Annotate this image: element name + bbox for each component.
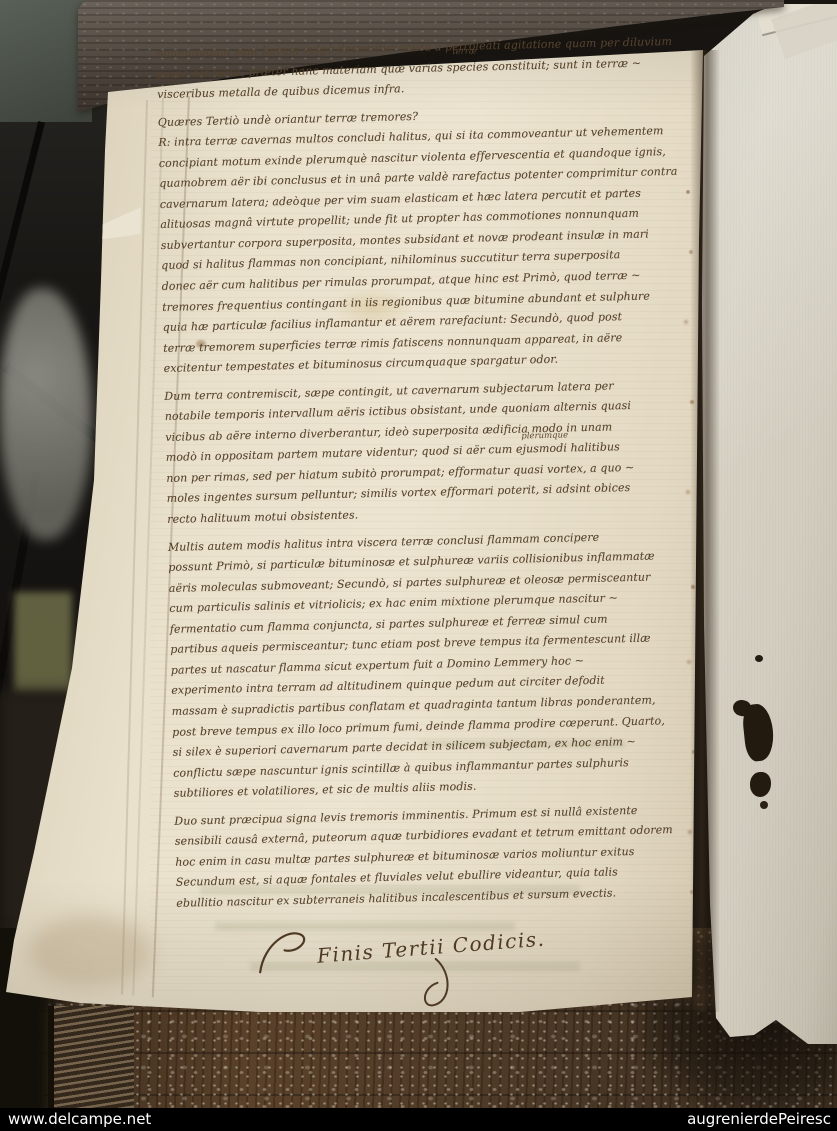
ink-blotch <box>741 703 776 763</box>
interlinear-word: terræ <box>452 46 477 57</box>
ink-blotch <box>760 801 768 809</box>
ink-blotch <box>755 655 763 662</box>
watermark-seller-text: augrenierdePeiresc <box>687 1108 831 1131</box>
colophon-block: Finis Tertii Codicis. <box>253 902 589 1017</box>
watermark-bar: www.delcampe.net augrenierdePeiresc <box>0 1108 837 1131</box>
colophon-flourish <box>416 955 462 1012</box>
watermark-site-text: www.delcampe.net <box>8 1108 151 1131</box>
background-plastic-bag <box>0 288 92 540</box>
table-rail <box>48 1006 134 1112</box>
manuscript-photo: nonnunquam sunt horum vulgò desumitur ca… <box>0 0 837 1131</box>
paper-stain <box>28 916 152 988</box>
interlinear-word: plerumque <box>521 430 568 441</box>
manuscript-lines: nonnunquam sunt horum vulgò desumitur ca… <box>156 31 724 914</box>
ink-blotch <box>750 772 771 797</box>
manuscript-text: nonnunquam sunt horum vulgò desumitur ca… <box>156 31 727 1024</box>
colophon-flourish <box>253 924 321 979</box>
background-object <box>14 592 72 694</box>
